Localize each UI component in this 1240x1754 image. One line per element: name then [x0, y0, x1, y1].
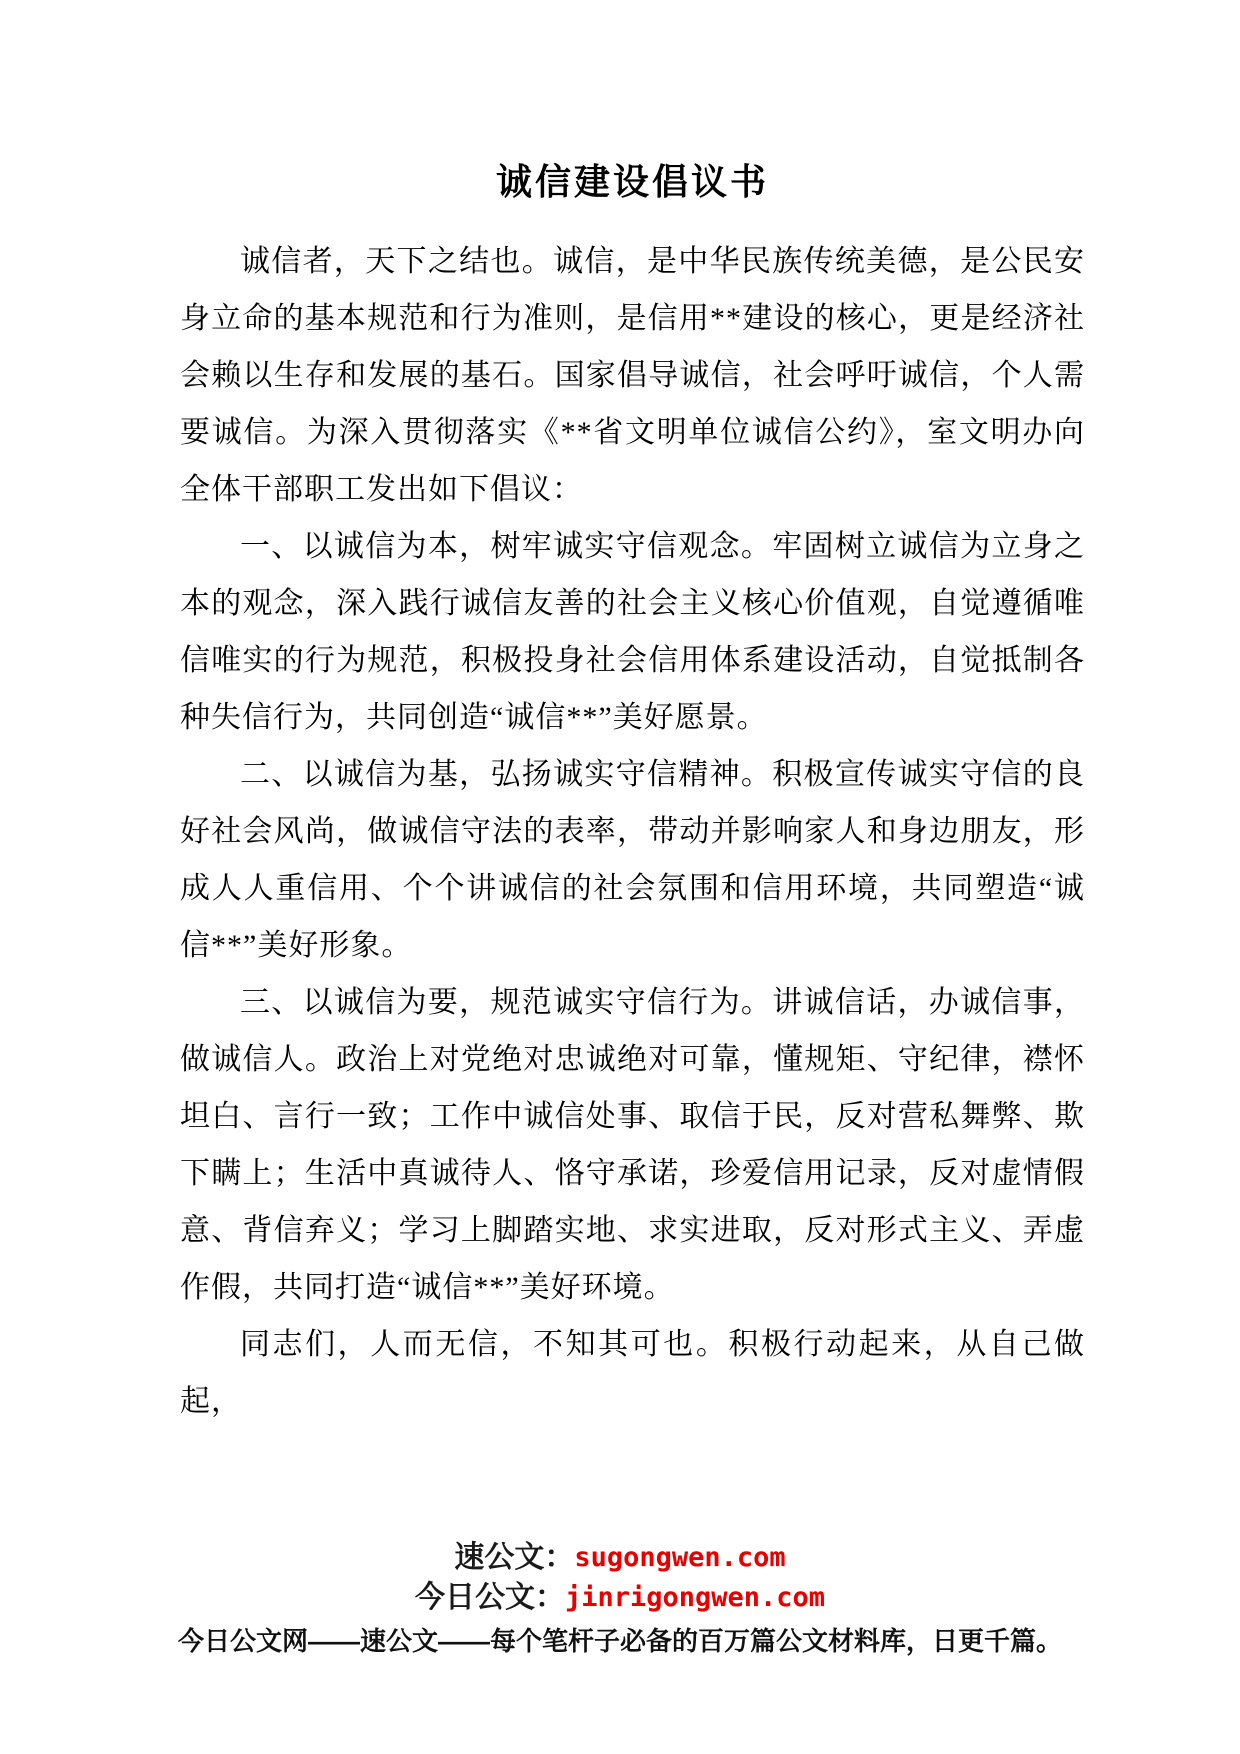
sugongwen-url: sugongwen.com [574, 1542, 785, 1573]
paragraph-point-3: 三、以诚信为要，规范诚实守信行为。讲诚信话，办诚信事，做诚信人。政治上对党绝对忠… [180, 974, 1085, 1316]
paragraph-closing: 同志们，人而无信，不知其可也。积极行动起来，从自己做起， [180, 1316, 1085, 1430]
document-content: 诚信建设倡议书 诚信者，天下之结也。诚信，是中华民族传统美德，是公民安身立命的基… [180, 158, 1085, 1430]
footer-tagline: 今日公文网——速公文——每个笔杆子必备的百万篇公文材料库，日更千篇。 [0, 1622, 1240, 1660]
jinrigongwen-url: jinrigongwen.com [565, 1582, 825, 1613]
paragraph-intro: 诚信者，天下之结也。诚信，是中华民族传统美德，是公民安身立命的基本规范和行为准则… [180, 233, 1085, 518]
document-page: 诚信建设倡议书 诚信者，天下之结也。诚信，是中华民族传统美德，是公民安身立命的基… [0, 0, 1240, 1754]
document-body: 诚信者，天下之结也。诚信，是中华民族传统美德，是公民安身立命的基本规范和行为准则… [180, 233, 1085, 1430]
paragraph-point-2: 二、以诚信为基，弘扬诚实守信精神。积极宣传诚实守信的良好社会风尚，做诚信守法的表… [180, 746, 1085, 974]
jinrigongwen-label: 今日公文： [415, 1581, 565, 1614]
footer-watermark: 速公文：sugongwen.com 今日公文：jinrigongwen.com … [0, 1538, 1240, 1660]
paragraph-point-1: 一、以诚信为本，树牢诚实守信观念。牢固树立诚信为立身之本的观念，深入践行诚信友善… [180, 518, 1085, 746]
watermark-line-jinrigongwen: 今日公文：jinrigongwen.com [0, 1578, 1240, 1618]
sugongwen-label: 速公文： [454, 1541, 574, 1574]
document-title: 诚信建设倡议书 [180, 158, 1085, 206]
watermark-line-sugongwen: 速公文：sugongwen.com [0, 1538, 1240, 1578]
